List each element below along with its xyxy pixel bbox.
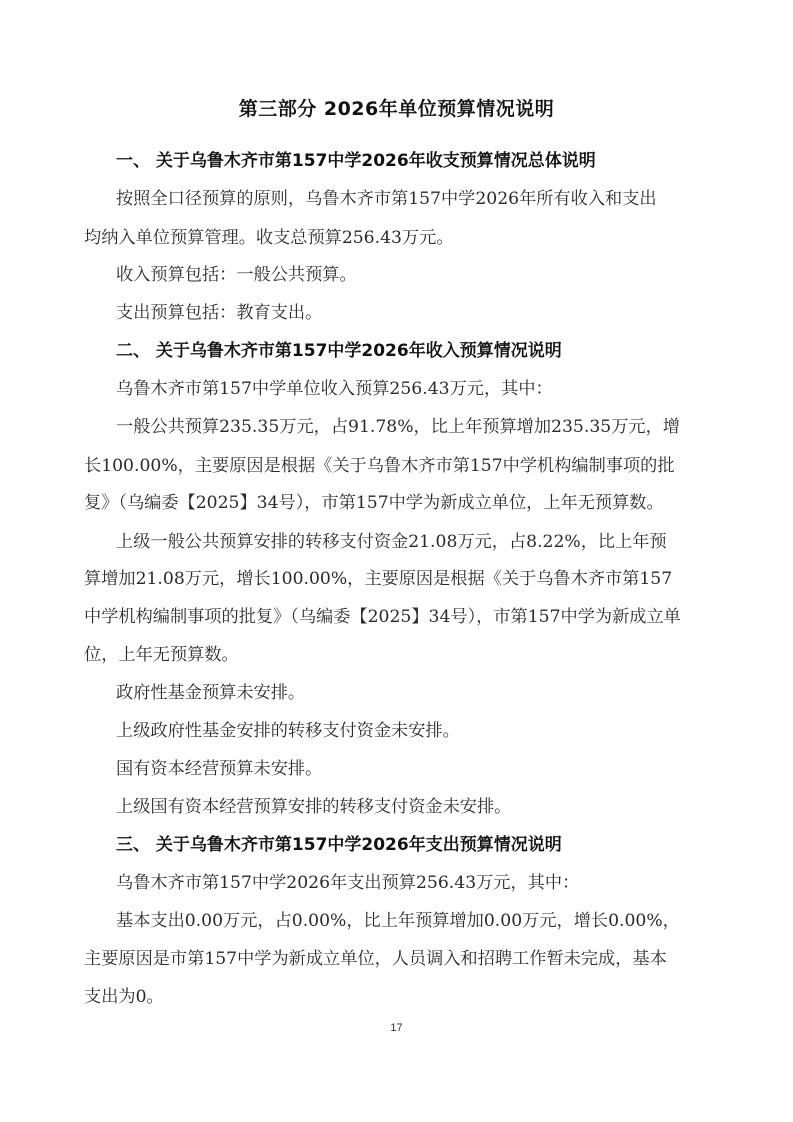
paragraph-line: 一般公共预算235.35万元，占91.78%，比上年预算增加235.35万元，增 (116, 416, 680, 438)
section-heading-3: 三、 关于乌鲁木齐市第157中学2026年支出预算情况说明 (116, 834, 562, 856)
paragraph-line: 政府性基金预算未安排。 (116, 682, 305, 704)
paragraph-line: 收入预算包括：一般公共预算。 (116, 264, 357, 286)
paragraph-line: 复》（乌编委【2025】34号），市第157中学为新成立单位，上年无预算数。 (84, 492, 664, 514)
paragraph-line: 中学机构编制事项的批复》（乌编委【2025】34号），市第157中学为新成立单 (84, 606, 681, 628)
paragraph-line: 国有资本经营预算未安排。 (116, 758, 322, 780)
paragraph-line: 基本支出0.00万元，占0.00%，比上年预算增加0.00万元，增长0.00%， (116, 910, 680, 932)
paragraph-line: 位，上年无预算数。 (84, 644, 239, 666)
paragraph-line: 乌鲁木齐市第157中学2026年支出预算256.43万元，其中： (116, 872, 579, 894)
page-number: 17 (0, 1022, 793, 1034)
paragraph-line: 上级一般公共预算安排的转移支付资金21.08万元，占8.22%，比上年预 (116, 531, 667, 553)
section-heading-2: 二、 关于乌鲁木齐市第157中学2026年收入预算情况说明 (116, 340, 562, 362)
paragraph-line: 均纳入单位预算管理。收支总预算256.43万元。 (84, 227, 454, 249)
page-title: 第三部分 2026年单位预算情况说明 (0, 94, 793, 121)
paragraph-line: 上级国有资本经营预算安排的转移支付资金未安排。 (116, 796, 511, 818)
document-page: 第三部分 2026年单位预算情况说明 一、 关于乌鲁木齐市第157中学2026年… (0, 0, 793, 1122)
paragraph-line: 支出预算包括：教育支出。 (116, 302, 322, 324)
paragraph-line: 主要原因是市第157中学为新成立单位，人员调入和招聘工作暂未完成，基本 (84, 948, 667, 970)
paragraph-line: 支出为0。 (84, 986, 164, 1008)
section-heading-1: 一、 关于乌鲁木齐市第157中学2026年收支预算情况总体说明 (116, 150, 596, 172)
paragraph-line: 按照全口径预算的原则，乌鲁木齐市第157中学2026年所有收入和支出 (116, 188, 657, 210)
paragraph-line: 乌鲁木齐市第157中学单位收入预算256.43万元，其中： (116, 378, 553, 400)
paragraph-line: 长100.00%，主要原因是根据《关于乌鲁木齐市第157中学机构编制事项的批 (84, 455, 675, 477)
paragraph-line: 算增加21.08万元，增长100.00%，主要原因是根据《关于乌鲁木齐市第157 (84, 568, 672, 590)
paragraph-line: 上级政府性基金安排的转移支付资金未安排。 (116, 720, 460, 742)
